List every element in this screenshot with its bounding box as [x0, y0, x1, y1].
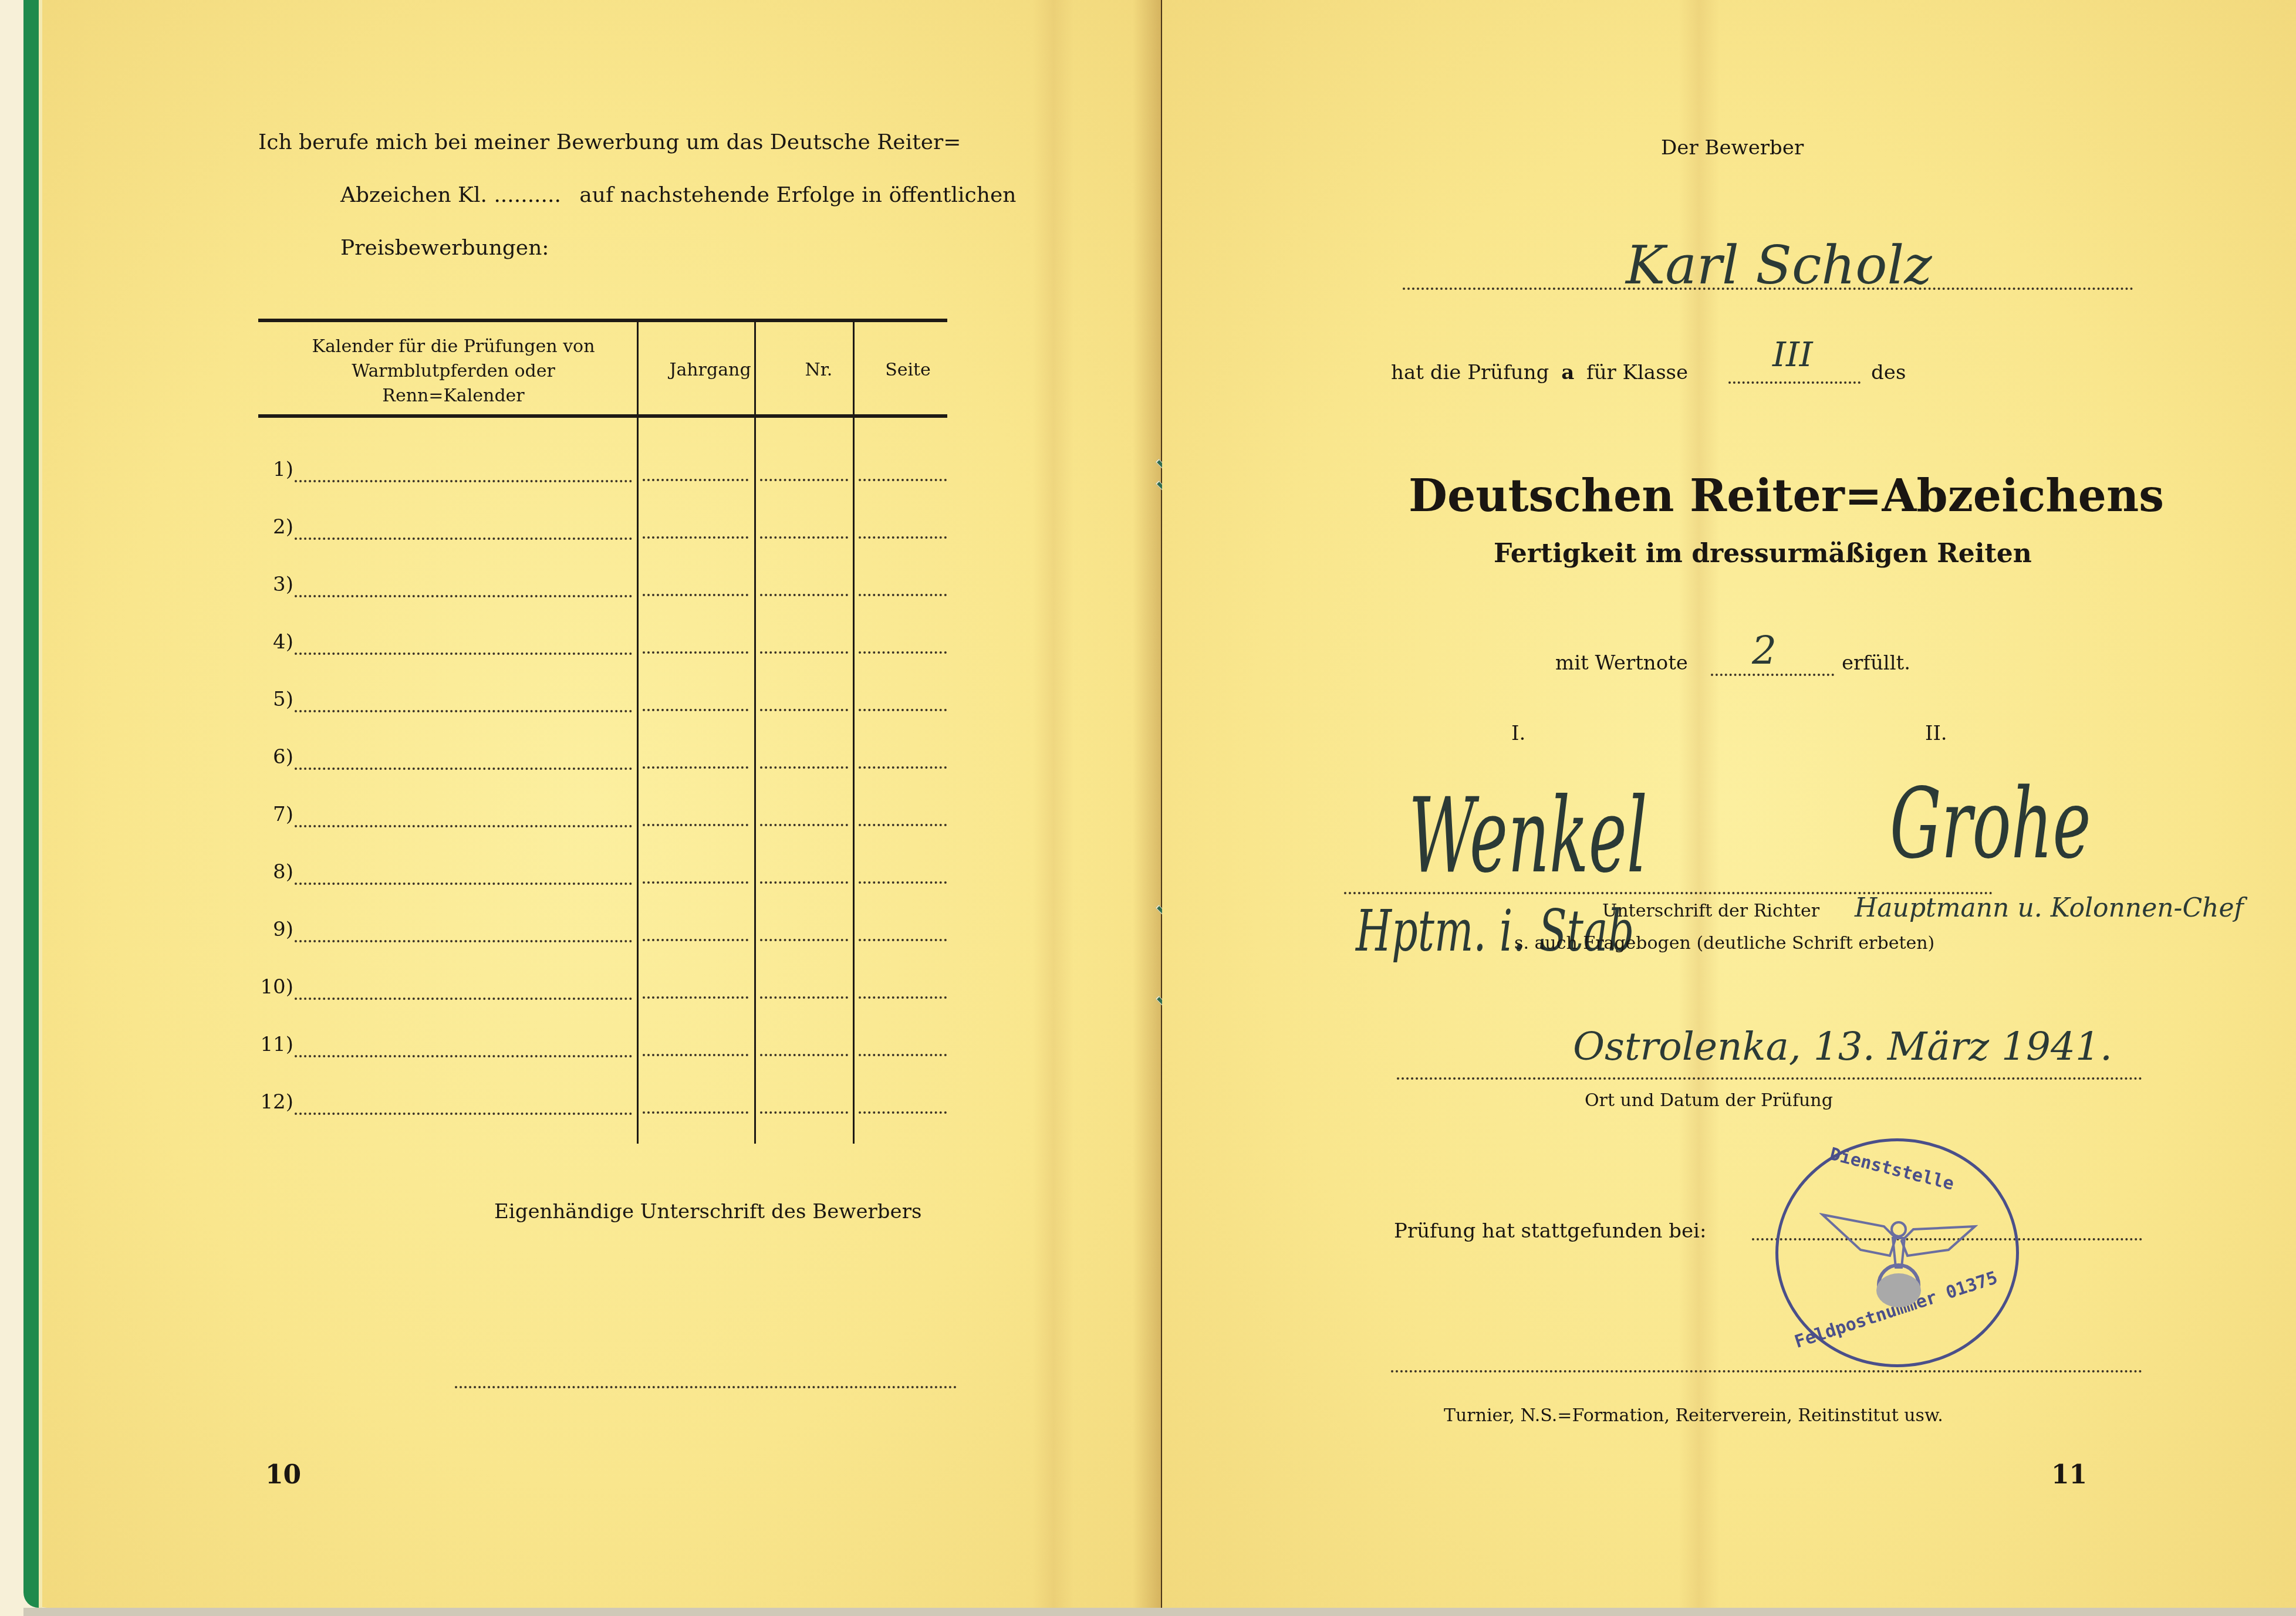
seite-field[interactable] [859, 479, 947, 481]
row-number: 10) [252, 975, 293, 999]
grade-label-suffix: erfüllt. [1842, 651, 1910, 675]
kalender-field[interactable] [295, 595, 632, 597]
judge-signature-2: Grohe [1890, 768, 2091, 880]
kalender-field[interactable] [295, 1113, 632, 1115]
nr-field[interactable] [760, 594, 848, 596]
table-top-rule [258, 319, 947, 322]
table-row: 11) [23, 1033, 963, 1068]
column-divider [853, 322, 855, 1144]
row-number: 3) [252, 573, 293, 596]
nr-field[interactable] [760, 939, 848, 941]
judge-rank-note: Hauptmann u. Kolonnen-Chef [1855, 893, 2244, 923]
klasse-field[interactable] [1728, 381, 1861, 384]
place-date-value: Ostrolenka, 13. März 1941. [1573, 1024, 2112, 1069]
kalender-field[interactable] [295, 653, 632, 655]
seite-field[interactable] [859, 709, 947, 711]
table-row: 5) [23, 688, 963, 723]
kalender-field[interactable] [295, 940, 632, 942]
right-page: Der Bewerber Karl Scholz hat die Prüfung… [1162, 0, 2296, 1608]
nr-field[interactable] [760, 1054, 848, 1056]
document-spread: Ich berufe mich bei meiner Bewerbung um … [0, 0, 2296, 1616]
judge-subcaption: s. auch Fragebogen (deutliche Schrift er… [1514, 933, 1934, 954]
organizer-line [1391, 1370, 2142, 1372]
column-divider [754, 322, 756, 1144]
header-kalender: Kalender für die Prüfungen von Warmblutp… [258, 334, 649, 408]
nr-field[interactable] [760, 766, 848, 769]
nr-field[interactable] [760, 651, 848, 654]
row-number: 6) [252, 745, 293, 769]
nr-field[interactable] [760, 996, 848, 999]
row-number: 7) [252, 803, 293, 826]
exam-text-a: hat die Prüfung [1391, 361, 1549, 384]
table-row: 1) [23, 458, 963, 493]
jahrgang-field[interactable] [643, 594, 748, 596]
klasse-value: III [1772, 334, 1813, 374]
header-kalender-line-1: Kalender für die Prüfungen von [258, 334, 649, 359]
row-number: 12) [252, 1090, 293, 1114]
judge-label-1: I. [1511, 722, 1525, 745]
applicant-signature-label: Eigenhändige Unterschrift des Bewerbers [494, 1200, 921, 1223]
jahrgang-field[interactable] [643, 651, 748, 654]
row-number: 2) [252, 515, 293, 539]
held-at-label: Prüfung hat stattgefunden bei: [1394, 1219, 1706, 1243]
nr-field[interactable] [760, 536, 848, 539]
jahrgang-field[interactable] [643, 766, 748, 769]
exam-variant: a [1561, 361, 1574, 384]
jahrgang-field[interactable] [643, 996, 748, 999]
place-date-label: Ort und Datum der Prüfung [1585, 1090, 1833, 1111]
applicant-signature-field[interactable] [455, 1386, 957, 1388]
table-row: 12) [23, 1090, 963, 1125]
nr-field[interactable] [760, 1111, 848, 1114]
place-date-line [1397, 1077, 2142, 1080]
jahrgang-field[interactable] [643, 536, 748, 539]
klasse-blank[interactable]: .......... [494, 183, 561, 207]
grade-value: 2 [1752, 628, 1777, 673]
intro-text-b: auf nachstehende Erfolge in öffentlichen [579, 183, 1016, 207]
table-row: 9) [23, 918, 963, 953]
applicant-signature-line [1403, 288, 2133, 290]
seite-field[interactable] [859, 996, 947, 999]
nr-field[interactable] [760, 824, 848, 826]
table-row: 2) [23, 515, 963, 550]
seite-field[interactable] [859, 766, 947, 769]
exam-text-c: des [1871, 361, 1906, 384]
table-row: 7) [23, 803, 963, 838]
fold-crease [1033, 0, 1074, 1608]
table-row: 3) [23, 573, 963, 608]
left-page: Ich berufe mich bei meiner Bewerbung um … [23, 0, 1162, 1608]
nr-field[interactable] [760, 479, 848, 481]
intro-line-1: Ich berufe mich bei meiner Bewerbung um … [258, 130, 961, 154]
row-number: 8) [252, 860, 293, 884]
page-number-right: 11 [2051, 1460, 2087, 1490]
row-number: 5) [252, 688, 293, 711]
kalender-field[interactable] [295, 883, 632, 885]
intro-line-2: Abzeichen Kl. .......... auf nachstehend… [340, 183, 1016, 207]
seite-field[interactable] [859, 824, 947, 826]
column-divider [637, 322, 639, 1144]
table-row: 6) [23, 745, 963, 780]
kalender-field[interactable] [295, 537, 632, 540]
table-header-rule [258, 414, 947, 418]
seite-field[interactable] [859, 881, 947, 884]
spine-shadow [1133, 0, 1161, 1611]
grade-field[interactable] [1711, 674, 1834, 676]
judge-label-2: II. [1925, 722, 1947, 745]
nr-field[interactable] [760, 881, 848, 884]
redaction-mark [1876, 1273, 1921, 1307]
seite-field[interactable] [859, 651, 947, 654]
table-row: 4) [23, 630, 963, 665]
jahrgang-field[interactable] [643, 1054, 748, 1056]
seite-field[interactable] [859, 1111, 947, 1114]
jahrgang-field[interactable] [643, 479, 748, 481]
page-bottom-edge [23, 1608, 2296, 1616]
judge-signature-1: Wenkel [1409, 776, 1647, 896]
jahrgang-field[interactable] [643, 709, 748, 711]
kalender-field[interactable] [295, 768, 632, 770]
seite-field[interactable] [859, 536, 947, 539]
row-number: 1) [252, 458, 293, 481]
organizer-caption: Turnier, N.S.=Formation, Reiterverein, R… [1444, 1405, 1943, 1426]
certificate-title: Deutschen Reiter=Abzeichens [1409, 469, 2164, 522]
nr-field[interactable] [760, 709, 848, 711]
grade-label: mit Wertnote [1555, 651, 1688, 675]
header-seite: Seite [869, 358, 947, 383]
jahrgang-field[interactable] [643, 881, 748, 884]
page-number-left: 10 [265, 1460, 301, 1490]
jahrgang-field[interactable] [643, 824, 748, 826]
kalender-field[interactable] [295, 480, 632, 482]
exam-line: hat die Prüfung a für Klasse [1391, 361, 1688, 384]
applicant-label: Der Bewerber [1661, 136, 1804, 160]
judge-caption: Unterschrift der Richter [1602, 901, 1819, 921]
judge-rank-note-left: Hptm. i. Stab [1356, 897, 1634, 965]
seite-field[interactable] [859, 939, 947, 941]
jahrgang-field[interactable] [643, 939, 748, 941]
jahrgang-field[interactable] [643, 1111, 748, 1114]
intro-text-a: Abzeichen Kl. [340, 183, 487, 207]
certificate-subtitle: Fertigkeit im dressurmäßigen Reiten [1494, 539, 2032, 569]
row-number: 11) [252, 1033, 293, 1056]
seite-field[interactable] [859, 1054, 947, 1056]
kalender-field[interactable] [295, 825, 632, 827]
row-number: 9) [252, 918, 293, 941]
kalender-field[interactable] [295, 710, 632, 712]
header-kalender-line-2: Warmblutpferden oder [258, 359, 649, 384]
intro-line-3: Preisbewerbungen: [340, 236, 549, 260]
kalender-field[interactable] [295, 1055, 632, 1057]
exam-text-b: für Klasse [1586, 361, 1688, 384]
table-row: 8) [23, 860, 963, 895]
row-number: 4) [252, 630, 293, 654]
header-jahrgang: Jahrgang [651, 358, 769, 383]
table-row: 10) [23, 975, 963, 1010]
header-kalender-line-3: Renn=Kalender [258, 384, 649, 408]
seite-field[interactable] [859, 594, 947, 596]
kalender-field[interactable] [295, 998, 632, 1000]
